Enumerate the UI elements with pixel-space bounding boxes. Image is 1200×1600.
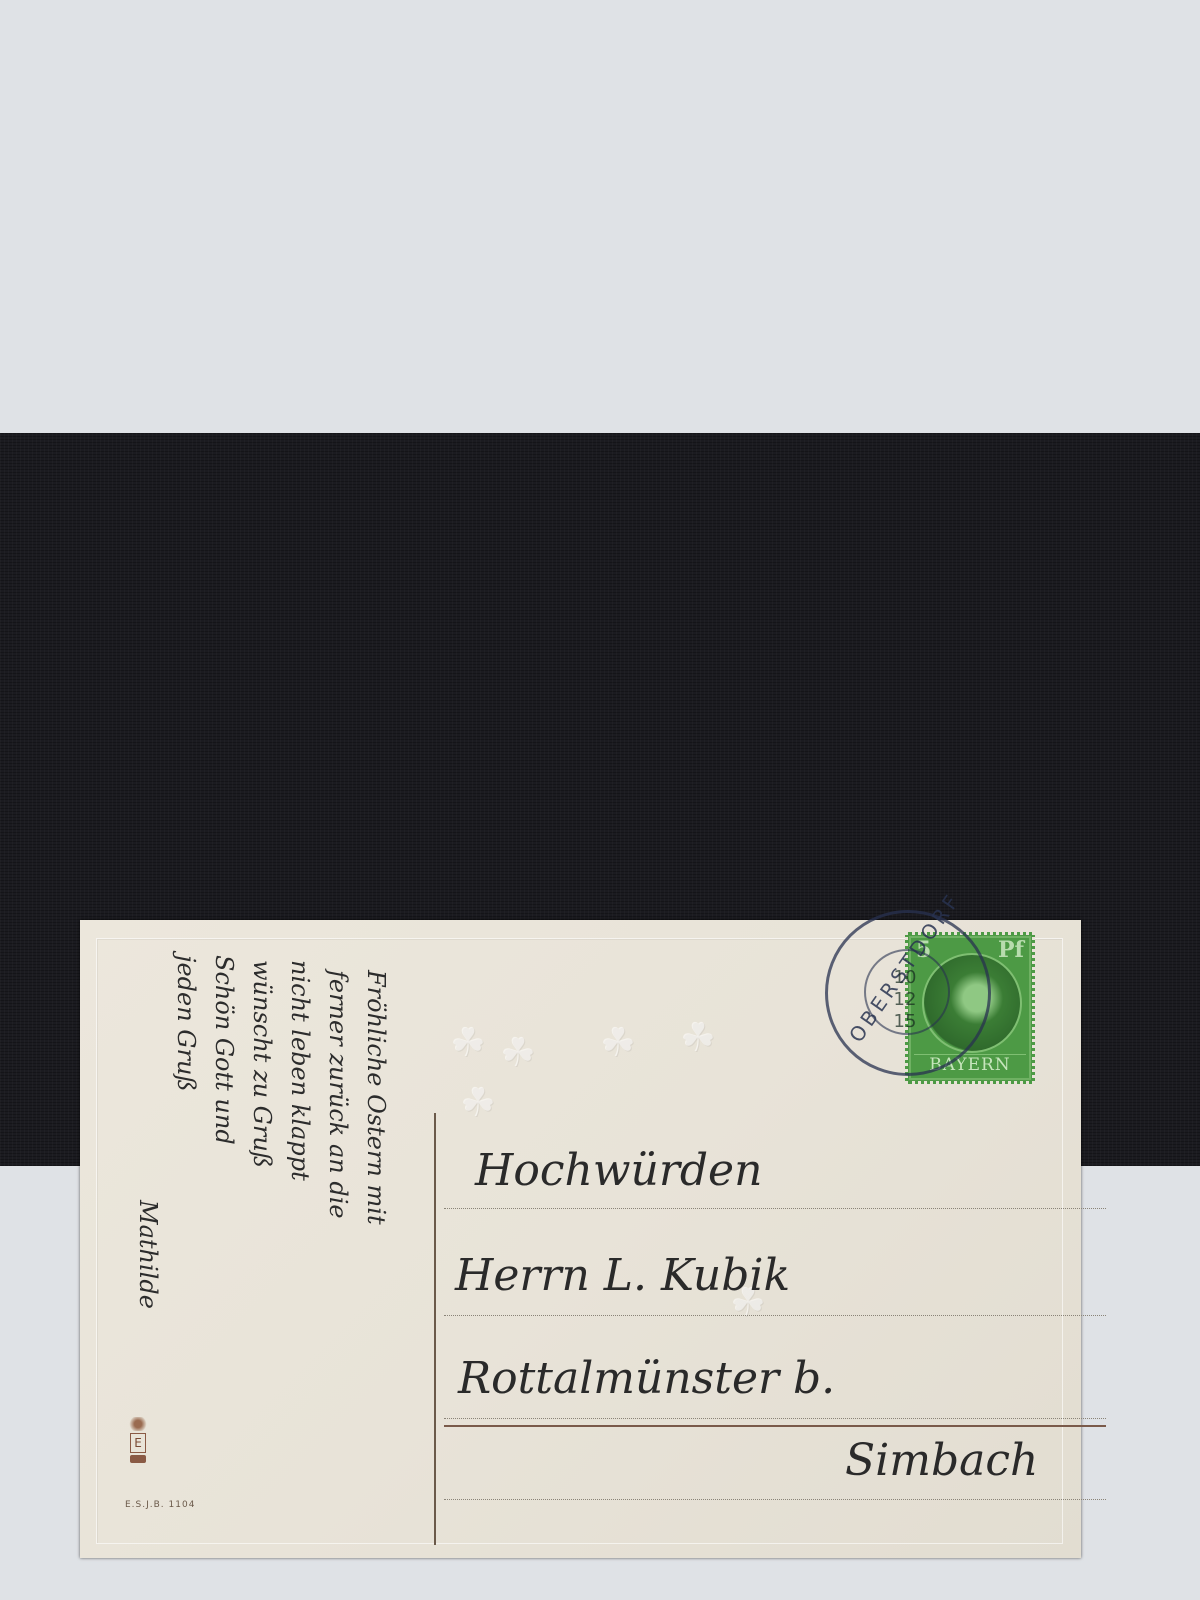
address-line-town: Rottalmünster b. — [458, 1353, 835, 1404]
embossed-clover-icon: ☘ — [600, 1020, 636, 1066]
address-rule-solid — [444, 1425, 1106, 1427]
address-divider — [434, 1113, 436, 1545]
postmark-date: 10 12 15 — [890, 967, 920, 1033]
embossed-clover-icon: ☘ — [500, 1030, 536, 1076]
message-line: Fröhliche Ostern mit — [362, 970, 390, 1225]
address-line-district: Simbach — [845, 1435, 1038, 1486]
stamp-unit: Pf — [998, 937, 1024, 963]
publisher-logo: E — [128, 1417, 148, 1475]
address-rule — [444, 1499, 1106, 1500]
message-line: nicht leben klappt — [286, 960, 314, 1181]
publisher-shield: E — [130, 1433, 146, 1453]
address-line-name: Herrn L. Kubik — [455, 1250, 790, 1301]
message-line: Schön Gott und — [210, 955, 238, 1145]
postmark: OBERSTDORF 10 12 15 — [825, 910, 991, 1076]
message-line: jeden Gruß — [172, 955, 200, 1091]
embossed-clover-icon: ☘ — [450, 1020, 486, 1066]
address-rule — [444, 1315, 1106, 1316]
logo-base — [130, 1455, 146, 1463]
signature: Mathilde — [134, 1200, 162, 1309]
postmark-date-month: 12 — [890, 989, 920, 1011]
postcard: ☘ ☘ ☘ ☘ ☘ ☘ Fröhliche Ostern mit ferner … — [80, 920, 1081, 1558]
address-rule — [444, 1418, 1106, 1419]
postmark-date-day: 10 — [890, 967, 920, 989]
embossed-clover-icon: ☘ — [680, 1015, 716, 1061]
publisher-imprint: E.S.J.B. 1104 — [125, 1500, 195, 1510]
address-line-title: Hochwürden — [475, 1145, 762, 1196]
address-rule — [444, 1208, 1106, 1209]
sunburst-icon — [128, 1417, 148, 1431]
postmark-date-year: 15 — [890, 1011, 920, 1033]
message-line: wünscht zu Gruß — [248, 960, 276, 1168]
embossed-clover-icon: ☘ — [460, 1080, 496, 1126]
message-line: ferner zurück an die — [324, 970, 352, 1219]
dark-surface: ☘ ☘ ☘ ☘ ☘ ☘ Fröhliche Ostern mit ferner … — [0, 433, 1200, 1166]
